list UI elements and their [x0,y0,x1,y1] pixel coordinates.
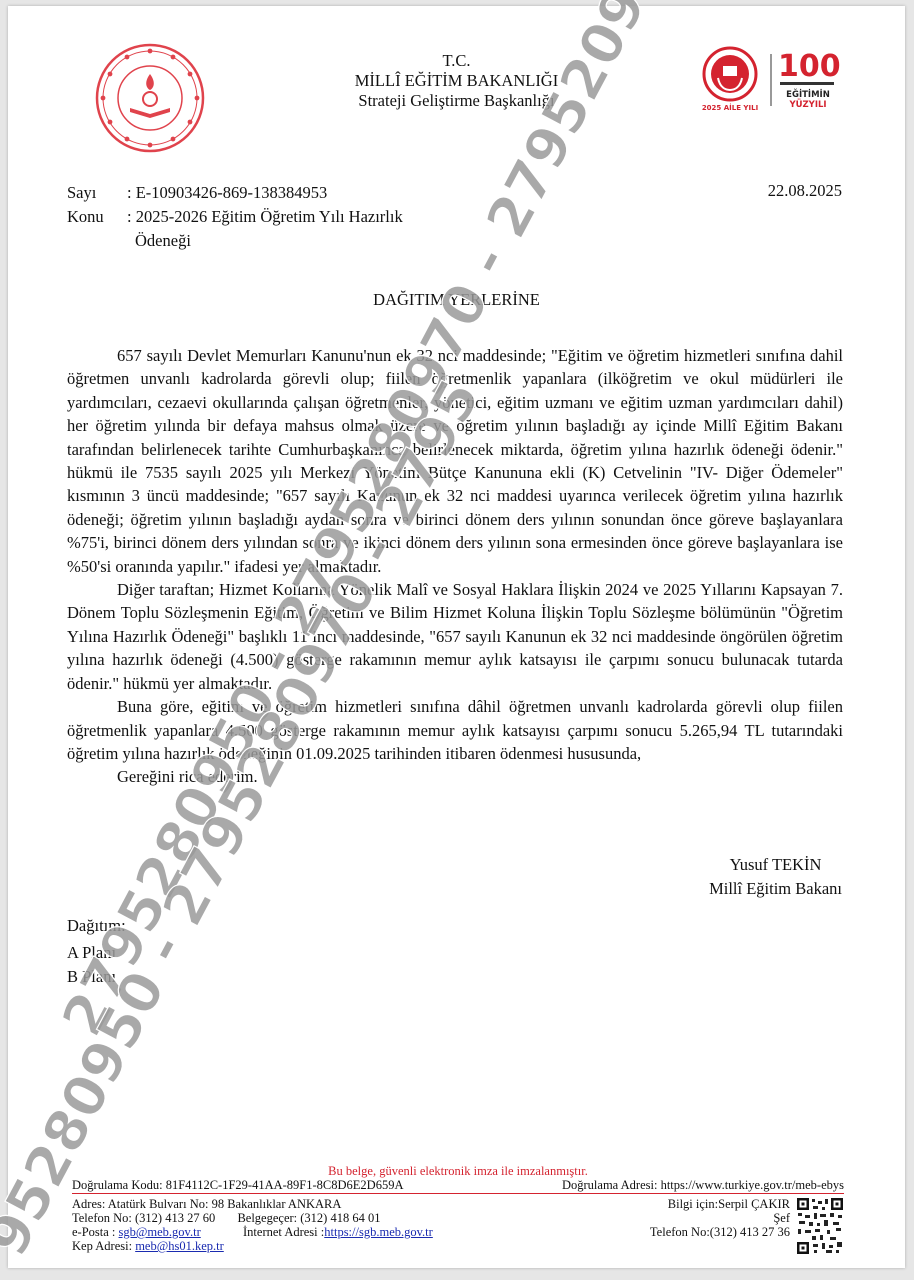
header-department: Strateji Geliştirme Başkanlığı [8,91,905,111]
signature-block: Yusuf TEKİN Millî Eğitim Bakanı [709,853,842,901]
fax: Belgegeçer: (312) 418 64 01 [237,1211,380,1225]
verification-code: Doğrulama Kodu: 81F4112C-1F29-41AA-89F1-… [72,1178,403,1192]
esign-notice: Bu belge, güvenli elektronik imza ile im… [72,1164,844,1178]
kep-link[interactable]: meb@hs01.kep.tr [135,1239,224,1253]
sayi-value: : E-10903426-869-138384953 [127,181,547,205]
addressee: DAĞITIM YERLERİNE [8,290,905,310]
email-label: e-Posta : [72,1225,119,1239]
document-date: 22.08.2025 [768,181,842,201]
document-body: 657 sayılı Devlet Memurları Kanunu'nun e… [67,344,843,789]
signer-name: Yusuf TEKİN [709,853,842,877]
verification-row: Doğrulama Kodu: 81F4112C-1F29-41AA-89F1-… [72,1178,844,1194]
letterhead: T.C. MİLLÎ EĞİTİM BAKANLIĞI Strateji Gel… [8,51,905,111]
distribution-item: A Planı [67,941,126,965]
contact-row: Adres: Atatürk Bulvarı No: 98 Bakanlıkla… [72,1197,844,1255]
header-ministry: MİLLÎ EĞİTİM BAKANLIĞI [8,71,905,91]
info-title: Şef [650,1211,790,1225]
info-phone: Telefon No:(312) 413 27 36 [650,1225,790,1239]
paragraph: 657 sayılı Devlet Memurları Kanunu'nun e… [67,344,843,578]
distribution-item: B Planı [67,965,126,989]
document-meta: Sayı : E-10903426-869-138384953 Konu : 2… [67,181,555,253]
info-contact: Bilgi için:Serpil ÇAKIR [650,1197,790,1211]
verification-address: Doğrulama Adresi: https://www.turkiye.go… [562,1178,844,1192]
konu-label: Konu [67,205,127,229]
konu-value-cont: Ödeneği [127,229,555,253]
distribution-list: Dağıtım: A Planı B Planı [67,914,126,989]
paragraph: Buna göre, eğitim ve öğretim hizmetleri … [67,695,843,765]
konu-value: : 2025-2026 Eğitim Öğretim Yılı Hazırlık [127,205,547,229]
address: Adres: Atatürk Bulvarı No: 98 Bakanlıkla… [72,1197,433,1211]
signer-title: Millî Eğitim Bakanı [709,877,842,901]
email-link[interactable]: sgb@meb.gov.tr [119,1225,201,1239]
sayi-label: Sayı [67,181,127,205]
document-footer: Bu belge, güvenli elektronik imza ile im… [72,1164,844,1255]
phone: Telefon No: (312) 413 27 60 [72,1211,215,1225]
paragraph: Diğer taraftan; Hizmet Kollarına Yönelik… [67,578,843,695]
document-page: 2025 AİLE YILI 100 EĞİTİMİN YÜZYILI T.C.… [8,6,905,1268]
header-tc: T.C. [8,51,905,71]
kep-label: Kep Adresi: [72,1239,135,1253]
closing: Gereğini rica ederim. [67,765,843,788]
web-link[interactable]: https://sgb.meb.gov.tr [324,1225,433,1239]
web-label: İnternet Adresi : [243,1225,324,1239]
distribution-title: Dağıtım: [67,914,126,938]
qr-code-icon [796,1197,844,1255]
